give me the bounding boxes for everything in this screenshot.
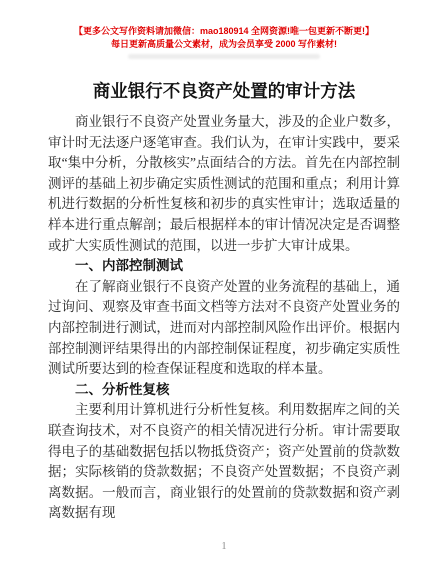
document-body: 商业银行不良资产处置业务量大，涉及的企业户数多，审计时无法逐户逐笔审查。我们认为…: [48, 112, 400, 524]
page-number: 1: [0, 541, 448, 553]
document-title: 商业银行不良资产处置的审计方法: [24, 81, 424, 104]
paragraph: 在了解商业银行不良资产处置的业务流程的基础上，通过询问、观察及审查书面文档等方法…: [48, 277, 400, 380]
document-page: 【更多公文写作资料请加微信：mao180914 全网资源!唯一包更新不断更!】 …: [0, 0, 448, 580]
promo-line-1: 【更多公文写作资料请加微信：mao180914 全网资源!唯一包更新不断更!】: [0, 25, 448, 38]
promo-banner: 【更多公文写作资料请加微信：mao180914 全网资源!唯一包更新不断更!】 …: [0, 0, 448, 51]
section-heading: 二、分析性复核: [48, 380, 400, 401]
faded-watermark: [128, 54, 320, 59]
paragraph: 主要利用计算机进行分析性复核。利用数据库之间的关联查询技术，对不良资产的相关情况…: [48, 400, 400, 524]
section-heading: 一、内部控制测试: [48, 256, 400, 277]
promo-line-2: 每日更新高质量公文素材，成为会员享受 2000 写作素材!: [0, 38, 448, 51]
paragraph: 商业银行不良资产处置业务量大，涉及的企业户数多，审计时无法逐户逐笔审查。我们认为…: [48, 112, 400, 256]
